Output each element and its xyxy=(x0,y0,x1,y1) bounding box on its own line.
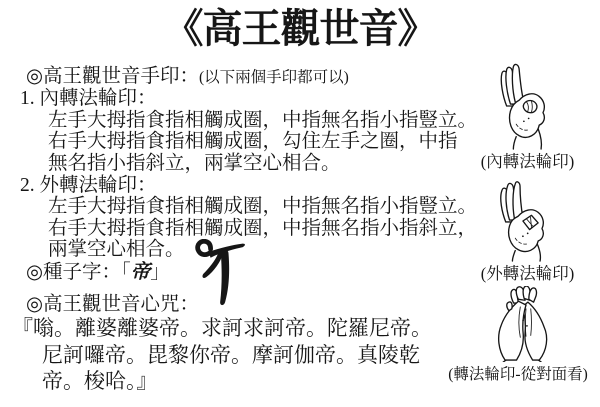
figure3-caption: (轉法輪印-從對面看) xyxy=(438,362,598,384)
figure1-caption: (內轉法輪印) xyxy=(455,148,600,172)
seed-character: 帝 xyxy=(131,262,151,283)
item1-line3: 無名指小指斜立，兩掌空心相合。 xyxy=(48,153,341,175)
siddham-seed-syllable-glyph xyxy=(195,239,247,313)
mantra-line2: 尼訶囉帝。毘黎你帝。摩訶伽帝。真陵乾 xyxy=(42,344,420,366)
item1-line1: 左手大拇指食指相觸成圈，中指無名指小指豎立。 xyxy=(48,110,477,132)
mudra-section-heading: ◎高王觀世音手印：(以下兩個手印都可以) xyxy=(26,66,349,89)
item1-heading: 1. 內轉法輪印： xyxy=(20,88,157,110)
item2-line3: 兩掌空心相合。 xyxy=(48,239,185,261)
page-title: 《高王觀世音》 xyxy=(0,4,600,54)
mudra-heading-note: (以下兩個手印都可以) xyxy=(199,69,349,86)
mantra-heading: ◎高王觀世音心咒： xyxy=(26,294,199,316)
mantra-line3: 帝。梭哈。』 xyxy=(42,370,158,392)
mantra-line1: 『嗡。離婆離婆帝。求訶求訶帝。陀羅尼帝。 xyxy=(12,317,432,339)
figure2-caption: (外轉法輪印) xyxy=(455,260,600,284)
item2-line2: 右手大拇指食指相觸成圈，中指無名指小指斜立， xyxy=(48,218,477,240)
inner-dharma-wheel-mudra-illustration xyxy=(488,62,554,150)
outer-dharma-wheel-mudra-illustration xyxy=(488,180,554,262)
seed-label-close: 」 xyxy=(150,262,170,283)
seed-label-open: ◎種子字：「 xyxy=(26,262,131,283)
mudra-heading-text: ◎高王觀世音手印： xyxy=(26,66,199,87)
item1-line2: 右手大拇指食指相觸成圈，勾住左手之圈，中指 xyxy=(48,131,458,153)
item2-line1: 左手大拇指食指相觸成圈，中指無名指小指豎立。 xyxy=(48,196,477,218)
item2-heading: 2. 外轉法輪印： xyxy=(20,175,157,197)
document-page: 《高王觀世音》 ◎高王觀世音手印：(以下兩個手印都可以) 1. 內轉法輪印： 左… xyxy=(0,0,600,407)
dharma-wheel-mudra-opposite-view-illustration xyxy=(482,286,570,362)
seed-syllable-line: ◎種子字：「帝」 xyxy=(26,262,170,284)
